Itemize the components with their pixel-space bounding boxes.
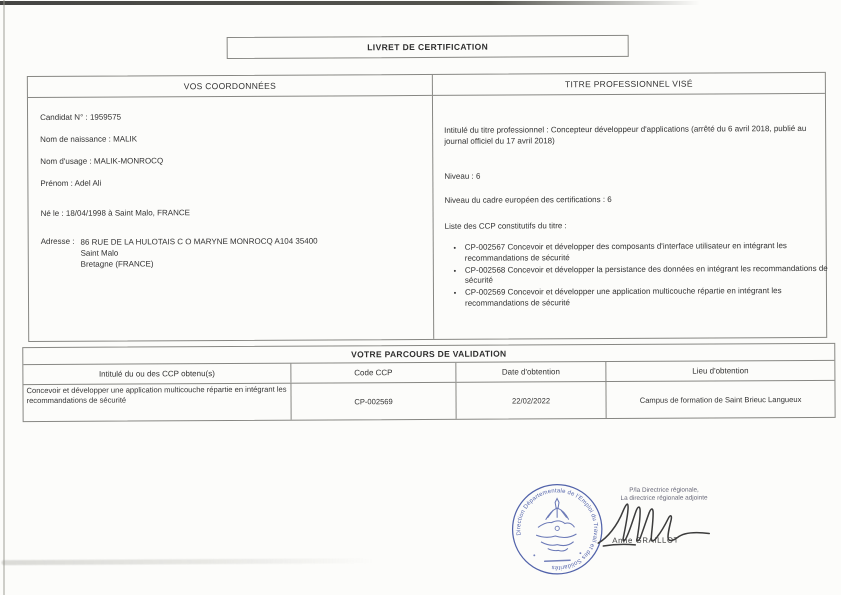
official-round-stamp: Direction Départementale de l'Emploi du … bbox=[509, 481, 606, 578]
document-title: LIVRET DE CERTIFICATION bbox=[367, 42, 488, 53]
col-header-intitule: Intitulé du ou des CCP obtenu(s) bbox=[23, 364, 291, 384]
scan-smudge-artifact bbox=[1, 558, 373, 565]
adresse-lines: 86 RUE DE LA HULOTAIS C O MARYNE MONROCQ… bbox=[80, 236, 317, 270]
ccp-item: CP-002569 Concevoir et développer une ap… bbox=[465, 286, 837, 309]
col-header-date-obtention: Date d'obtention bbox=[456, 362, 606, 382]
parcours-validation-table: VOTRE PARCOURS DE VALIDATION Intitulé du… bbox=[22, 343, 835, 422]
nom-naissance: Nom de naissance : MALIK bbox=[40, 134, 137, 144]
cell-lieu-obtention: Campus de formation de Saint Brieuc Lang… bbox=[606, 381, 834, 418]
niveau: Niveau : 6 bbox=[444, 171, 480, 182]
coordonnees-section: VOS COORDONNÉES Candidat N° : 1959575 No… bbox=[28, 75, 434, 341]
candidat-number: Candidat N° : 1959575 bbox=[40, 113, 121, 122]
document-page: LIVRET DE CERTIFICATION VOS COORDONNÉES … bbox=[0, 0, 841, 595]
cell-code-ccp: CP-002569 bbox=[291, 383, 456, 420]
col-header-lieu-obtention: Lieu d'obtention bbox=[606, 361, 834, 381]
nom-usage: Nom d'usage : MALIK-MONROCQ bbox=[40, 156, 163, 166]
scanned-certification-document: LIVRET DE CERTIFICATION VOS COORDONNÉES … bbox=[0, 0, 841, 595]
titre-professionnel-header: TITRE PROFESSIONNEL VISÉ bbox=[433, 73, 825, 96]
stamp-emblem bbox=[536, 498, 577, 551]
cell-date-obtention: 22/02/2022 bbox=[456, 382, 606, 419]
adresse-line-1: 86 RUE DE LA HULOTAIS C O MARYNE MONROCQ… bbox=[80, 236, 317, 248]
adresse: Adresse : 86 RUE DE LA HULOTAIS C O MARY… bbox=[41, 236, 318, 270]
col-header-code-ccp: Code CCP bbox=[291, 363, 456, 383]
stamp-ring-text: Direction Départementale de l'Emploi du … bbox=[516, 488, 598, 570]
main-info-box: VOS COORDONNÉES Candidat N° : 1959575 No… bbox=[27, 72, 827, 342]
ccp-item: CP-002568 Concevoir et développer la per… bbox=[465, 263, 837, 286]
adresse-line-3: Bretagne (FRANCE) bbox=[81, 258, 318, 270]
adresse-label: Adresse : bbox=[41, 237, 75, 270]
prenom: Prénom : Adel Ali bbox=[40, 179, 101, 188]
cell-intitule-ccp: Concevoir et développer une application … bbox=[23, 384, 291, 421]
signatory-name: Anne GRAILLOT bbox=[612, 536, 679, 545]
ccp-list: CP-002567 Concevoir et développer des co… bbox=[453, 241, 837, 311]
titre-professionnel-section: TITRE PROFESSIONNEL VISÉ Intitulé du tit… bbox=[433, 73, 826, 339]
document-title-box: LIVRET DE CERTIFICATION bbox=[227, 35, 629, 59]
niveau-europeen: Niveau du cadre européen des certificati… bbox=[444, 194, 611, 206]
intitule-titre: Intitulé du titre professionnel : Concep… bbox=[444, 123, 822, 147]
date-lieu-naissance: Né le : 18/04/1998 à Saint Malo, FRANCE bbox=[41, 208, 190, 218]
coordonnees-header: VOS COORDONNÉES bbox=[28, 75, 432, 98]
table-row: Concevoir et développer une application … bbox=[23, 381, 834, 421]
ccp-item: CP-002567 Concevoir et développer des co… bbox=[465, 241, 837, 264]
liste-ccp-label: Liste des CCP constitutifs du titre : bbox=[445, 220, 567, 232]
svg-text:Direction Départementale de l': Direction Départementale de l'Emploi du … bbox=[516, 488, 598, 570]
